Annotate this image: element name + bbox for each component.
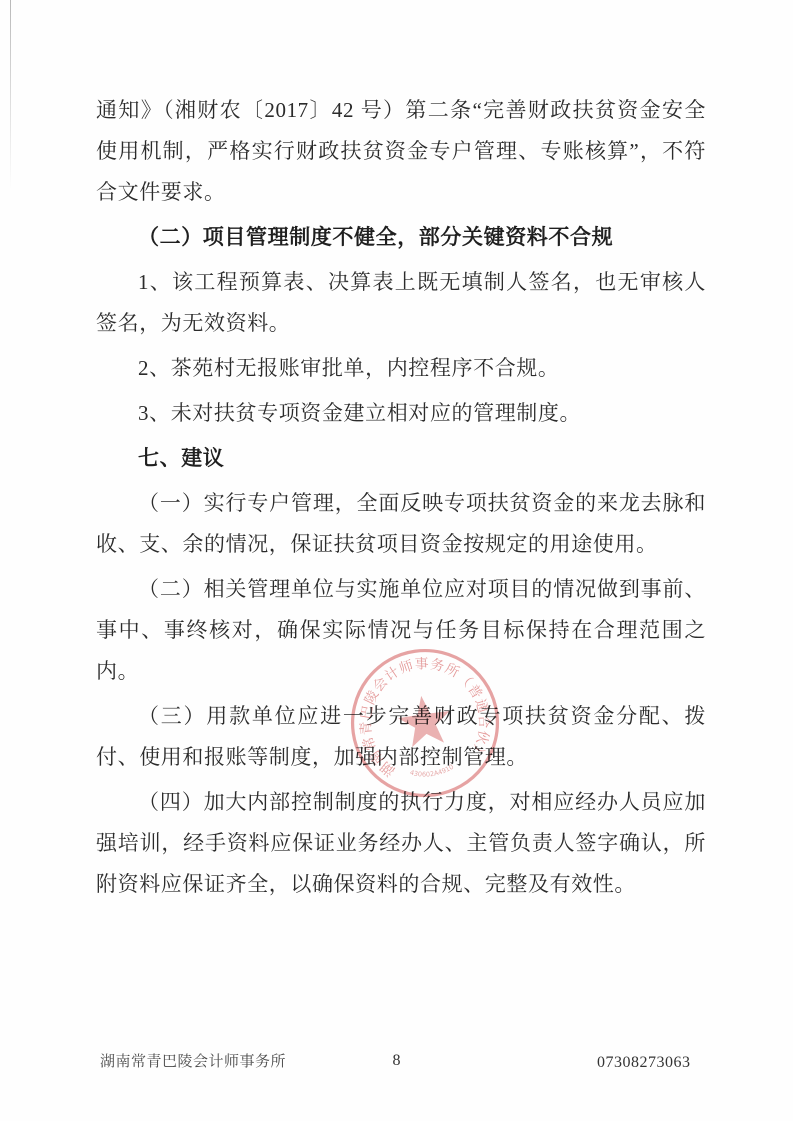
footer-report-code: 07308273063 bbox=[597, 1054, 691, 1072]
document-body: 通知》（湘财农〔2017〕42 号）第二条“完善财政扶贫资金安全使用机制，严格实… bbox=[96, 90, 706, 909]
section-heading: （二）项目管理制度不健全，部分关键资料不合规 bbox=[96, 217, 706, 258]
paragraph: （一）实行专户管理，全面反映专项扶贫资金的来龙去脉和收、支、余的情况，保证扶贫项… bbox=[96, 483, 706, 565]
scan-edge-artifact bbox=[10, 0, 11, 190]
paragraph: （四）加大内部控制制度的执行力度，对相应经办人员应加强培训，经手资料应保证业务经… bbox=[96, 782, 706, 905]
paragraph: 通知》（湘财农〔2017〕42 号）第二条“完善财政扶贫资金安全使用机制，严格实… bbox=[96, 90, 706, 213]
section-heading: 七、建议 bbox=[96, 438, 706, 479]
paragraph: 1、该工程预算表、决算表上既无填制人签名，也无审核人签名，为无效资料。 bbox=[96, 262, 706, 344]
page-footer: 湖南常青巴陵会计师事务所 8 07308273063 bbox=[0, 1048, 793, 1078]
paragraph: （三）用款单位应进一步完善财政专项扶贫资金分配、拨付、使用和报账等制度，加强内部… bbox=[96, 696, 706, 778]
paragraph: 2、茶苑村无报账审批单，内控程序不合规。 bbox=[96, 348, 706, 389]
paragraph: （二）相关管理单位与实施单位应对项目的情况做到事前、事中、事终核对，确保实际情况… bbox=[96, 569, 706, 692]
paragraph: 3、未对扶贫专项资金建立相对应的管理制度。 bbox=[96, 393, 706, 434]
document-page: 通知》（湘财农〔2017〕42 号）第二条“完善财政扶贫资金安全使用机制，严格实… bbox=[0, 0, 793, 1121]
